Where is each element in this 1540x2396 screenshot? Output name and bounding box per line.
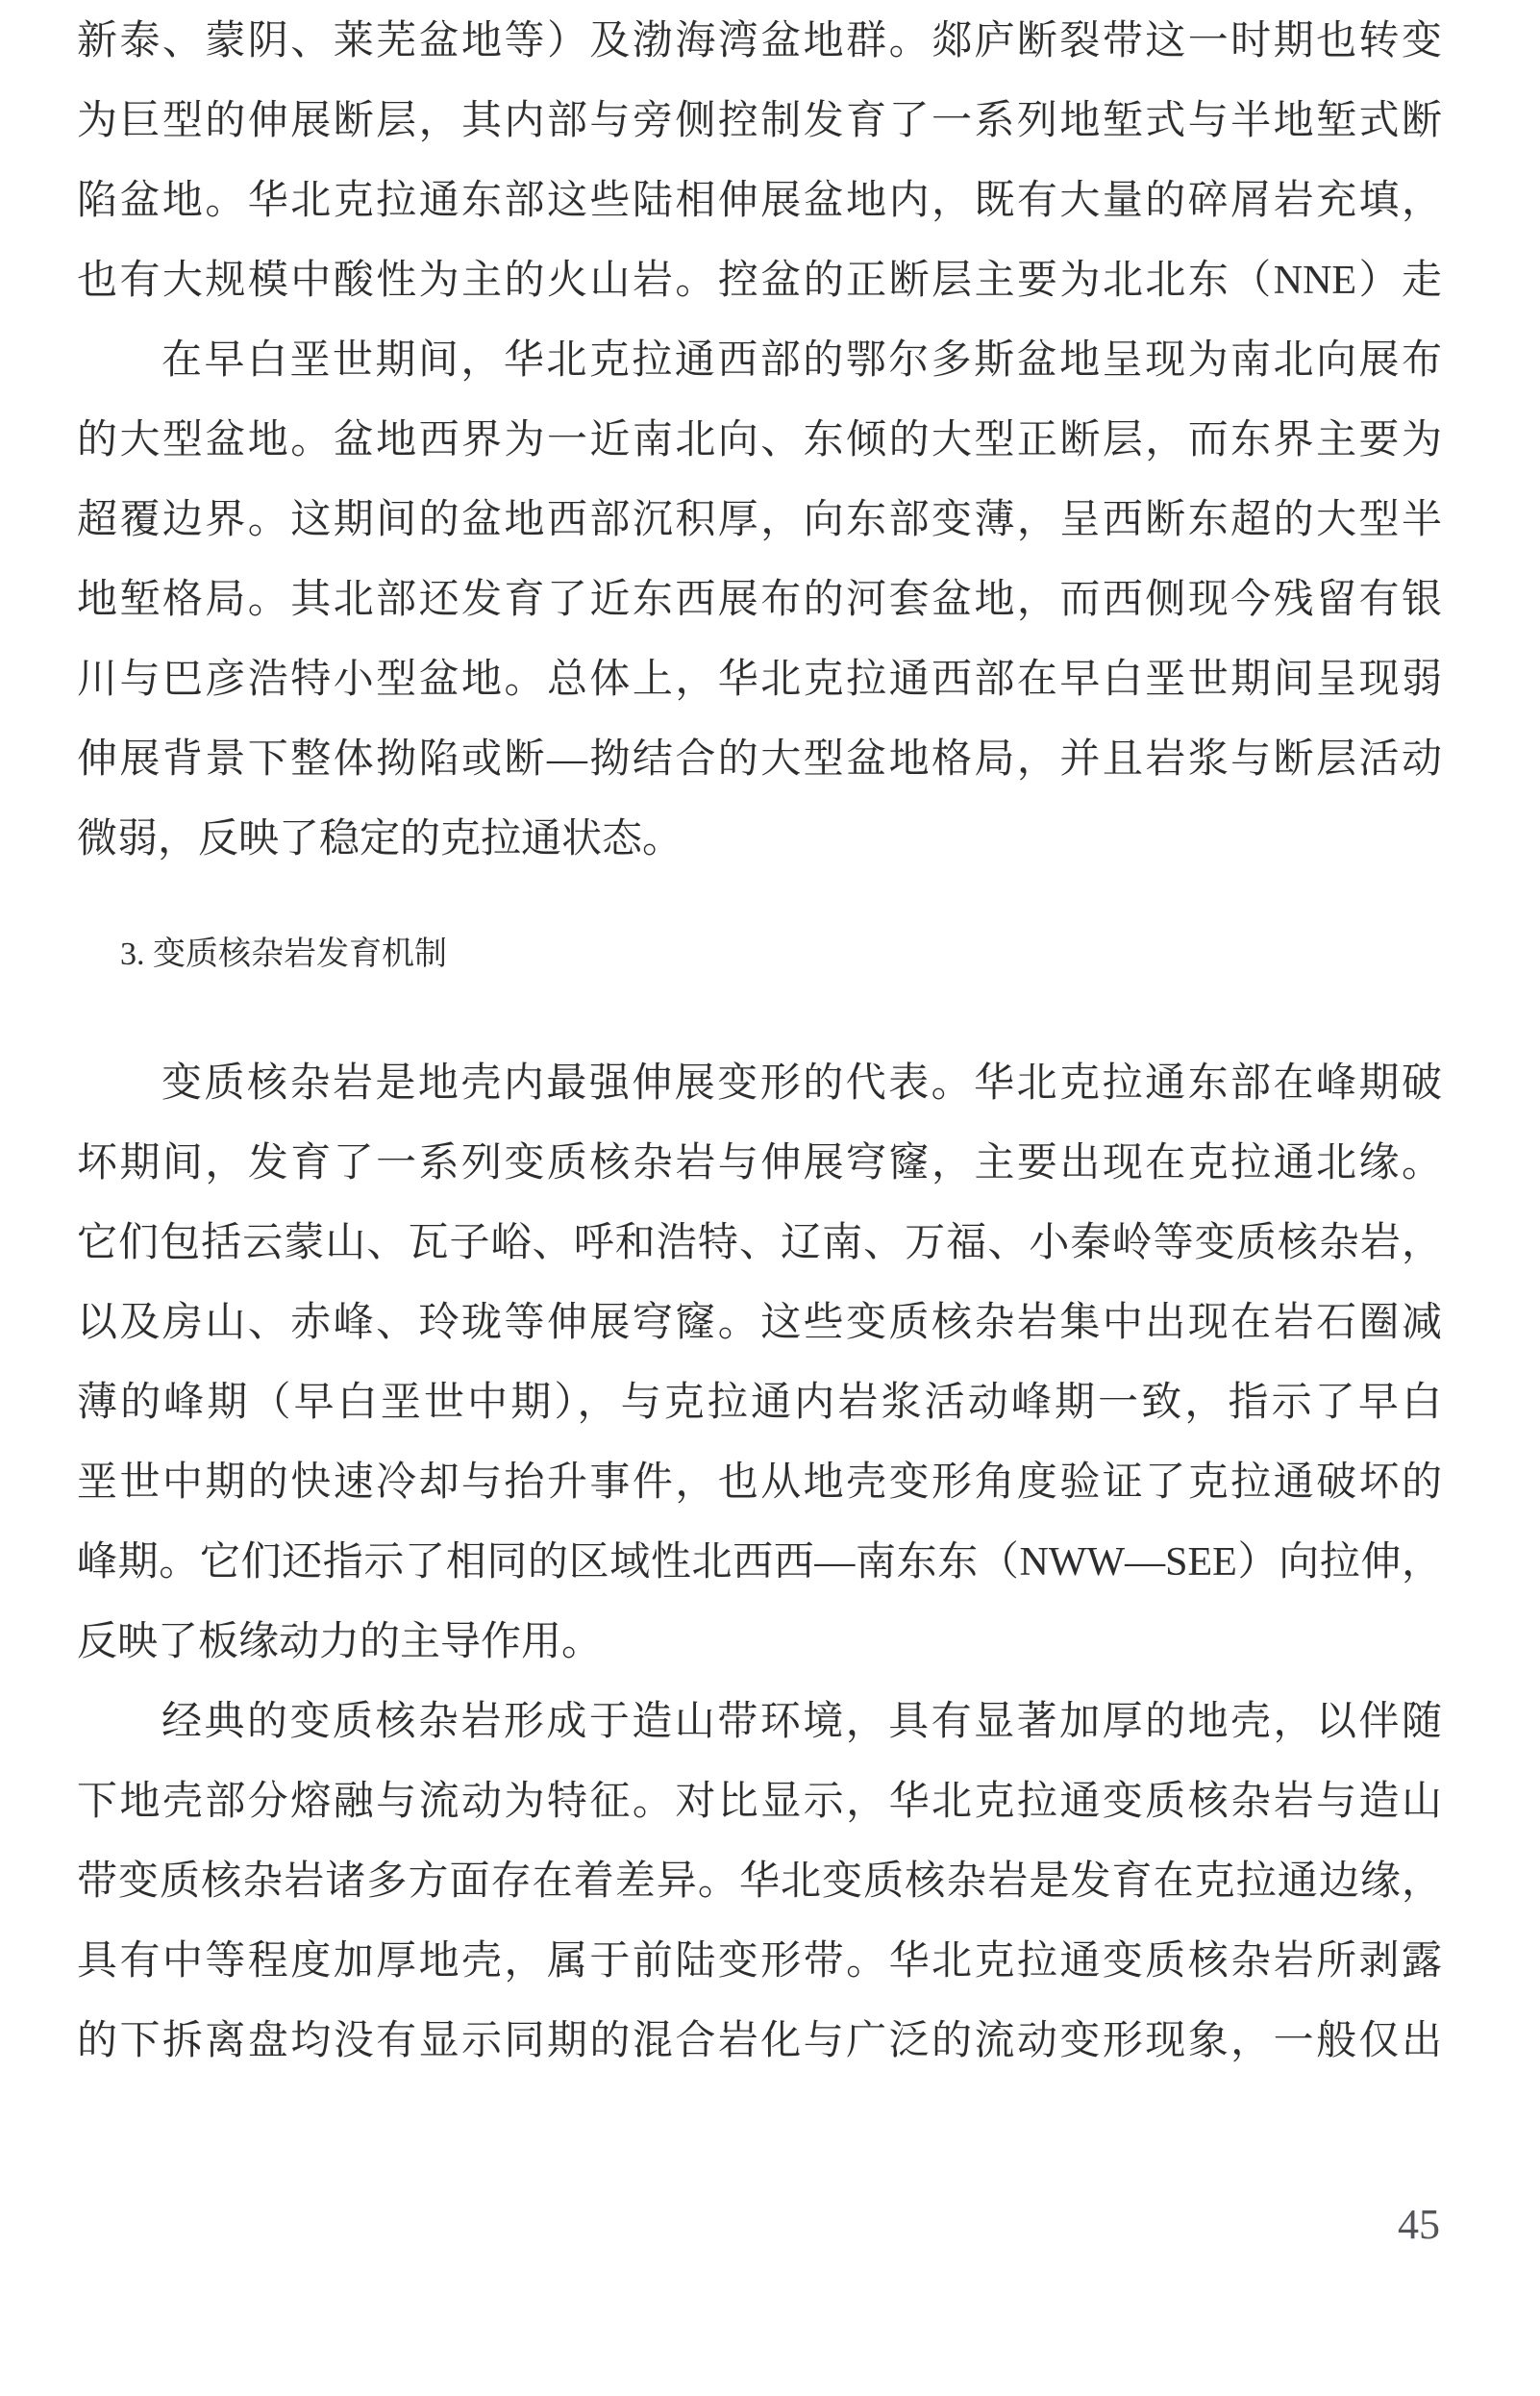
- text-line: 它们包括云蒙山、瓦子峪、呼和浩特、辽南、万福、小秦岭等变质核杂岩，: [77, 1204, 1442, 1284]
- text-line: 反映了板缘动力的主导作用。: [77, 1603, 1442, 1683]
- text-line: 下地壳部分熔融与流动为特征。对比显示，华北克拉通变质核杂岩与造山: [77, 1762, 1442, 1842]
- text-line: 地堑格局。其北部还发育了近东西展布的河套盆地，而西侧现今残留有银: [77, 561, 1442, 640]
- text-line: 伸展背景下整体拗陷或断—拗结合的大型盆地格局，并且岩浆与断层活动: [77, 720, 1442, 800]
- text-line: 陷盆地。华北克拉通东部这些陆相伸展盆地内，既有大量的碎屑岩充填，: [77, 162, 1442, 241]
- text-line: 带变质核杂岩诸多方面存在着差异。华北变质核杂岩是发育在克拉通边缘，: [77, 1842, 1442, 1922]
- text-line: 的下拆离盘均没有显示同期的混合岩化与广泛的流动变形现象，一般仅出: [77, 2002, 1442, 2082]
- document-page: 新泰、蒙阴、莱芜盆地等）及渤海湾盆地群。郯庐断裂带这一时期也转变为巨型的伸展断层…: [0, 0, 1540, 2396]
- text-line: 新泰、蒙阴、莱芜盆地等）及渤海湾盆地群。郯庐断裂带这一时期也转变: [77, 2, 1442, 82]
- page-text-block: 新泰、蒙阴、莱芜盆地等）及渤海湾盆地群。郯庐断裂带这一时期也转变为巨型的伸展断层…: [77, 2, 1442, 2082]
- page-number: 45: [1398, 2202, 1440, 2248]
- text-line: 薄的峰期（早白垩世中期），与克拉通内岩浆活动峰期一致，指示了早白: [77, 1363, 1442, 1443]
- text-line: 在早白垩世期间，华北克拉通西部的鄂尔多斯盆地呈现为南北向展布: [77, 321, 1442, 401]
- text-line: 也有大规模中酸性为主的火山岩。控盆的正断层主要为北北东（NNE）走向。: [77, 241, 1442, 321]
- text-line: 峰期。它们还指示了相同的区域性北西西—南东东（NWW—SEE）向拉伸，: [77, 1523, 1442, 1603]
- text-line: 以及房山、赤峰、玲珑等伸展穹窿。这些变质核杂岩集中出现在岩石圈减: [77, 1284, 1442, 1363]
- text-line: 的大型盆地。盆地西界为一近南北向、东倾的大型正断层，而东界主要为: [77, 401, 1442, 481]
- text-line: 超覆边界。这期间的盆地西部沉积厚，向东部变薄，呈西断东超的大型半: [77, 481, 1442, 561]
- text-line: 微弱，反映了稳定的克拉通状态。: [77, 800, 1442, 880]
- text-line: 坏期间，发育了一系列变质核杂岩与伸展穹窿，主要出现在克拉通北缘。: [77, 1124, 1442, 1204]
- text-line: 垩世中期的快速冷却与抬升事件，也从地壳变形角度验证了克拉通破坏的: [77, 1443, 1442, 1523]
- text-line: 具有中等程度加厚地壳，属于前陆变形带。华北克拉通变质核杂岩所剥露: [77, 1922, 1442, 2002]
- text-line: 变质核杂岩是地壳内最强伸展变形的代表。华北克拉通东部在峰期破: [77, 1044, 1442, 1124]
- text-line: 为巨型的伸展断层，其内部与旁侧控制发育了一系列地堑式与半地堑式断: [77, 82, 1442, 162]
- text-line: 川与巴彦浩特小型盆地。总体上，华北克拉通西部在早白垩世期间呈现弱: [77, 640, 1442, 720]
- text-line: 经典的变质核杂岩形成于造山带环境，具有显著加厚的地壳，以伴随: [77, 1683, 1442, 1762]
- section-heading: 3. 变质核杂岩发育机制: [77, 914, 1442, 994]
